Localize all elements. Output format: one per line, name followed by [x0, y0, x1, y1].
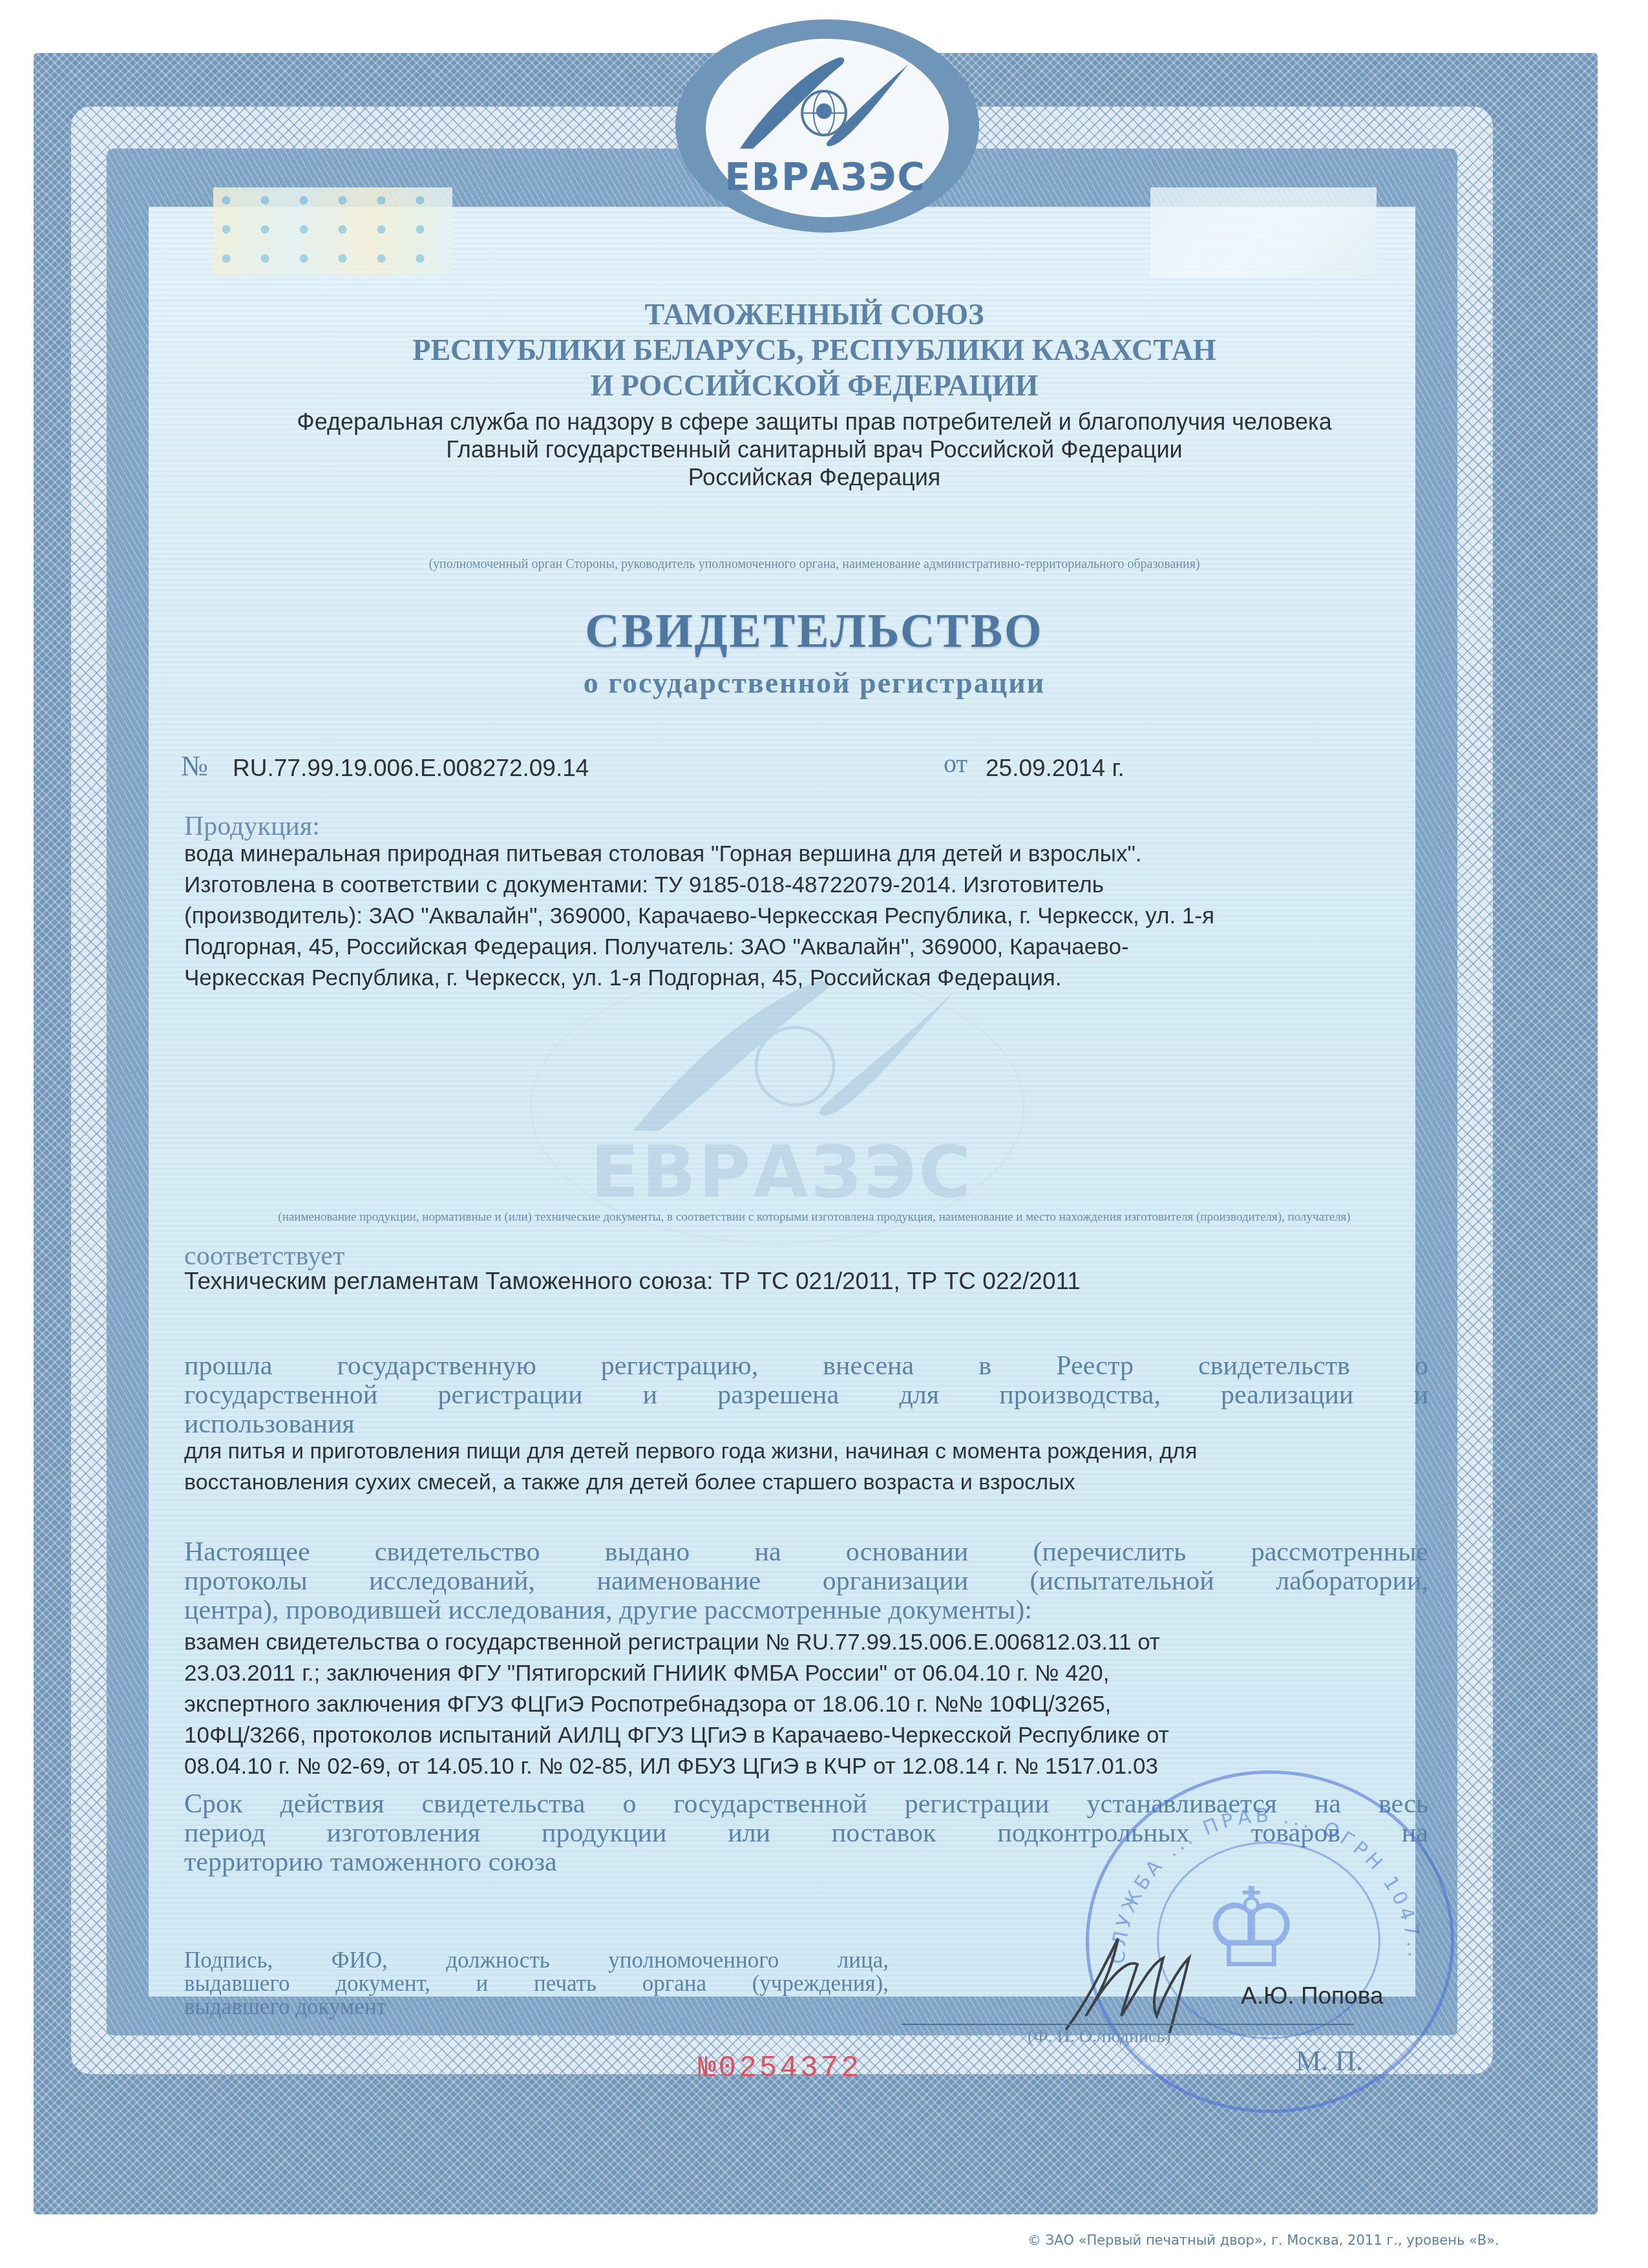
union-title-line-1: ТАМОЖЕННЫЙ СОЮЗ — [181, 297, 1448, 331]
watermark-label: ЕВРАЗЭС — [582, 1131, 982, 1213]
blank-serial-number: №0254372 — [698, 2052, 861, 2085]
basis-document-line: экспертного заключения ФГУЗ ФЦГиЭ Роспот… — [184, 1689, 1435, 1720]
product-line: Черкесская Республика, г. Черкесск, ул. … — [184, 963, 1431, 994]
eurasec-emblem-icon — [714, 52, 934, 155]
basis-statement: Настоящее свидетельство выдано на основа… — [184, 1538, 1428, 1625]
conformity-text: Техническим регламентам Таможенного союз… — [184, 1268, 1081, 1295]
signature-instructions: Подпись, ФИО, должность уполномоченного … — [184, 1949, 889, 2019]
basis-statement-line: протоколы исследований, наименование орг… — [184, 1567, 1428, 1596]
product-line: вода минеральная природная питьевая стол… — [184, 839, 1431, 870]
emblem-label: ЕВРАЗЭС — [706, 155, 945, 199]
signature-instruction-line: Подпись, ФИО, должность уполномоченного … — [184, 1949, 889, 1972]
basis-document-line: 10ФЦ/3266, протоколов испытаний АИЛЦ ФГУ… — [184, 1720, 1435, 1751]
seal-place-label: М. П. — [1296, 2044, 1363, 2077]
union-title-line-3: И РОССИЙСКОЙ ФЕДЕРАЦИИ — [181, 368, 1448, 403]
registration-statement-line: использования — [184, 1410, 1428, 1439]
registration-date: 25.09.2014 г. — [986, 755, 1125, 782]
product-caption: (наименование продукции, нормативные и (… — [181, 1210, 1448, 1224]
signature-instruction-line: выдавшего документ, и печать органа (учр… — [184, 1972, 889, 1995]
printer-copyright: © ЗАО «Первый печатный двор», г. Москва,… — [1028, 2232, 1499, 2248]
registration-statement-line: прошла государственную регистрацию, внес… — [184, 1352, 1428, 1381]
basis-document-line: 23.03.2011 г.; заключения ФГУ "Пятигорск… — [184, 1658, 1435, 1689]
registration-statement: прошла государственную регистрацию, внес… — [184, 1352, 1428, 1439]
date-label: от — [944, 748, 967, 779]
signature-line — [902, 2024, 1354, 2025]
number-label: № — [181, 750, 208, 782]
product-label: Продукция: — [184, 811, 320, 842]
basis-statement-line: Настоящее свидетельство выдано на основа… — [184, 1538, 1428, 1567]
usage-line: восстановления сухих смесей, а также для… — [184, 1467, 1435, 1498]
product-line: Изготовлена в соответствии с документами… — [184, 870, 1431, 901]
document-title: СВИДЕТЕЛЬСТВО — [181, 604, 1448, 659]
usage-line: для питья и приготовления пищи для детей… — [184, 1436, 1435, 1467]
product-description: вода минеральная природная питьевая стол… — [184, 839, 1431, 994]
signature-caption: (Ф. И. О./подпись) — [1028, 2026, 1171, 2047]
registration-statement-line: государственной регистрации и разрешена … — [184, 1381, 1428, 1410]
product-line: Подгорная, 45, Российская Федерация. Пол… — [184, 932, 1431, 963]
registration-number: RU.77.99.19.006.Е.008272.09.14 — [233, 755, 589, 782]
basis-statement-line: центра), проводившей исследования, други… — [184, 1596, 1428, 1625]
basis-documents: взамен свидетельства о государственной р… — [184, 1627, 1435, 1782]
signer-name: А.Ю. Попова — [1241, 1982, 1384, 2010]
product-line: (производитель): ЗАО "Аквалайн", 369000,… — [184, 901, 1431, 932]
basis-document-line: взамен свидетельства о государственной р… — [184, 1627, 1435, 1658]
authority-line-2: Главный государственный санитарный врач … — [181, 436, 1448, 463]
authority-line-3: Российская Федерация — [181, 464, 1448, 491]
conformity-label: соответствует — [184, 1241, 344, 1272]
hologram-icon — [213, 187, 452, 275]
hologram-patch-icon — [1150, 187, 1377, 278]
eurasec-watermark-icon — [582, 969, 982, 1137]
usage-scope: для питья и приготовления пищи для детей… — [184, 1436, 1435, 1498]
authority-caption: (уполномоченный орган Стороны, руководит… — [181, 557, 1448, 572]
authority-line-1: Федеральная служба по надзору в сфере за… — [181, 408, 1448, 436]
signature-instruction-line: выдавшего документ — [184, 1995, 889, 2019]
union-title-line-2: РЕСПУБЛИКИ БЕЛАРУСЬ, РЕСПУБЛИКИ КАЗАХСТА… — [181, 333, 1448, 367]
document-subtitle: о государственной регистрации — [181, 666, 1448, 700]
handwritten-signature — [1060, 1926, 1228, 2035]
